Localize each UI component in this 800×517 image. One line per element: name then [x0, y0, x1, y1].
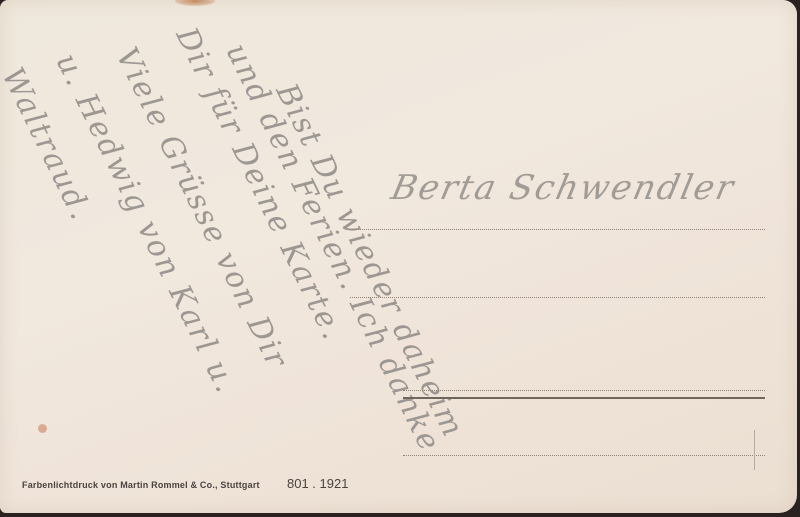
print-number: 801 . 1921 [287, 476, 348, 491]
handwritten-line: und den Ferien. Ich danke [219, 38, 448, 458]
postcard-back: Bist Du wieder daheim und den Ferien. Ic… [0, 0, 797, 513]
paper-stain [175, 0, 215, 6]
crease-mark [754, 430, 755, 470]
paper-stain [38, 424, 47, 433]
addressee-name: Berta Schwendler [388, 168, 739, 208]
address-line-2 [350, 297, 765, 298]
address-underline [403, 397, 765, 399]
address-line-3 [403, 390, 765, 391]
address-line-4 [403, 455, 765, 456]
address-line-1 [350, 229, 765, 230]
printer-imprint: Farbenlichtdruck von Martin Rommel & Co.… [22, 480, 260, 490]
